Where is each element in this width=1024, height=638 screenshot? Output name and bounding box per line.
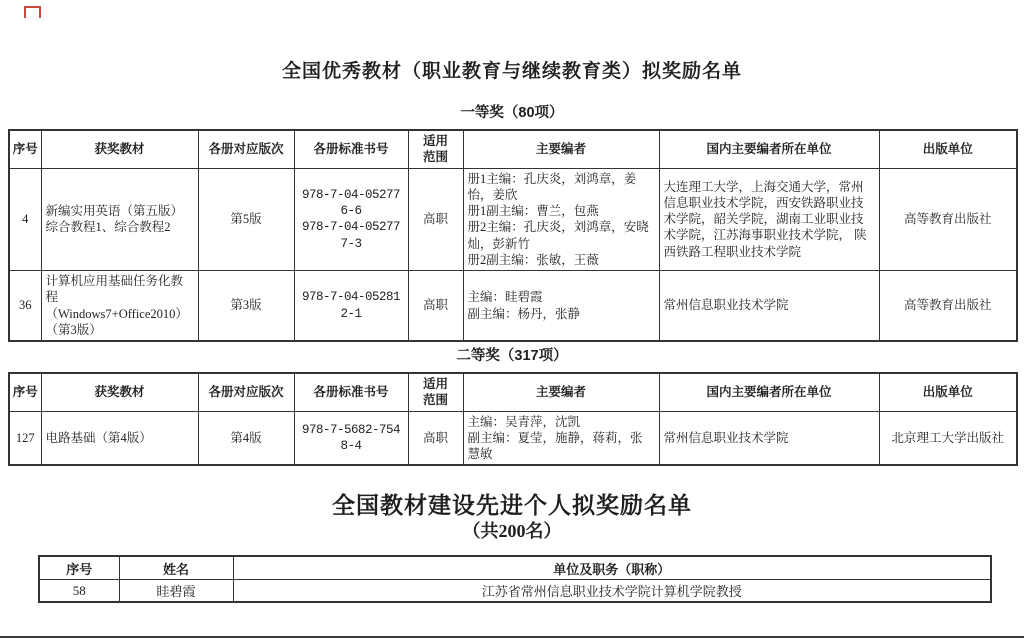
cell-publisher: 高等教育出版社 — [879, 271, 1017, 342]
cell-scope: 高职 — [408, 411, 463, 465]
document-page: 全国优秀教材（职业教育与继续教育类）拟奖励名单 一等奖（80项） 序号 获奖教材… — [0, 0, 1024, 638]
cell-org: 大连理工大学，上海交通大学，常州信息职业技术学院，西安铁路职业技术学院，韶关学院… — [659, 168, 879, 271]
col-header-scope: 适用 范围 — [408, 373, 463, 411]
col-header-textbook: 获奖教材 — [41, 130, 198, 168]
cell-scope: 高职 — [408, 168, 463, 271]
cell-org: 常州信息职业技术学院 — [659, 271, 879, 342]
table-row: 58 眭碧霞 江苏省常州信息职业技术学院计算机学院教授 — [39, 579, 991, 602]
cell-textbook: 电路基础（第4版） — [41, 411, 198, 465]
col-header-org: 国内主要编者所在单位 — [659, 373, 879, 411]
col-header-position: 单位及职务（职称） — [233, 556, 991, 579]
cell-edition: 第5版 — [198, 168, 294, 271]
col-header-isbn: 各册标准书号 — [294, 373, 408, 411]
cell-editors: 主编：眭碧霞 副主编：杨丹，张静 — [463, 271, 659, 342]
first-prize-table: 序号 获奖教材 各册对应版次 各册标准书号 适用 范围 主要编者 国内主要编者所… — [8, 129, 1018, 342]
second-prize-table: 序号 获奖教材 各册对应版次 各册标准书号 适用 范围 主要编者 国内主要编者所… — [8, 372, 1018, 466]
cell-seq: 58 — [39, 579, 119, 602]
cell-seq: 127 — [9, 411, 41, 465]
col-header-seq: 序号 — [9, 373, 41, 411]
individuals-title: 全国教材建设先进个人拟奖励名单 — [0, 492, 1024, 520]
col-header-editors: 主要编者 — [463, 130, 659, 168]
col-header-edition: 各册对应版次 — [198, 373, 294, 411]
cell-org: 常州信息职业技术学院 — [659, 411, 879, 465]
second-prize-label: 二等奖（317项） — [0, 347, 1024, 365]
table-header-row: 序号 获奖教材 各册对应版次 各册标准书号 适用 范围 主要编者 国内主要编者所… — [9, 373, 1017, 411]
cell-publisher: 高等教育出版社 — [879, 168, 1017, 271]
cell-isbn: 978-7-04-052776-6 978-7-04-052777-3 — [294, 168, 408, 271]
cell-editors: 主编：吴青萍，沈凯 副主编：夏莹，施静，蒋莉，张慧敏 — [463, 411, 659, 465]
table-row: 127 电路基础（第4版） 第4版 978-7-5682-7548-4 高职 主… — [9, 411, 1017, 465]
main-title: 全国优秀教材（职业教育与继续教育类）拟奖励名单 — [0, 0, 1024, 84]
col-header-seq: 序号 — [9, 130, 41, 168]
first-prize-label: 一等奖（80项） — [0, 104, 1024, 122]
col-header-publisher: 出版单位 — [879, 130, 1017, 168]
individuals-table: 序号 姓名 单位及职务（职称） 58 眭碧霞 江苏省常州信息职业技术学院计算机学… — [38, 555, 992, 603]
cell-edition: 第4版 — [198, 411, 294, 465]
col-header-org: 国内主要编者所在单位 — [659, 130, 879, 168]
col-header-editors: 主要编者 — [463, 373, 659, 411]
cell-seq: 36 — [9, 271, 41, 342]
cell-isbn: 978-7-5682-7548-4 — [294, 411, 408, 465]
cell-publisher: 北京理工大学出版社 — [879, 411, 1017, 465]
cell-seq: 4 — [9, 168, 41, 271]
cell-name: 眭碧霞 — [119, 579, 233, 602]
col-header-textbook: 获奖教材 — [41, 373, 198, 411]
table-header-row: 序号 姓名 单位及职务（职称） — [39, 556, 991, 579]
table-row: 4 新编实用英语（第五版） 综合教程1、综合教程2 第5版 978-7-04-0… — [9, 168, 1017, 271]
red-corner-mark-icon — [24, 6, 41, 18]
individuals-subtitle: （共200名） — [0, 520, 1024, 542]
cell-textbook: 新编实用英语（第五版） 综合教程1、综合教程2 — [41, 168, 198, 271]
table-header-row: 序号 获奖教材 各册对应版次 各册标准书号 适用 范围 主要编者 国内主要编者所… — [9, 130, 1017, 168]
cell-isbn: 978-7-04-052812-1 — [294, 271, 408, 342]
cell-editors: 册1主编：孔庆炎，刘鸿章，姜怡，姜欣 册1副主编：曹兰，包燕 册2主编：孔庆炎，… — [463, 168, 659, 271]
table-row: 36 计算机应用基础任务化教程 （Windows7+Office2010） （第… — [9, 271, 1017, 342]
col-header-edition: 各册对应版次 — [198, 130, 294, 168]
cell-edition: 第3版 — [198, 271, 294, 342]
col-header-isbn: 各册标准书号 — [294, 130, 408, 168]
col-header-publisher: 出版单位 — [879, 373, 1017, 411]
cell-textbook: 计算机应用基础任务化教程 （Windows7+Office2010） （第3版） — [41, 271, 198, 342]
col-header-seq: 序号 — [39, 556, 119, 579]
col-header-name: 姓名 — [119, 556, 233, 579]
cell-scope: 高职 — [408, 271, 463, 342]
cell-position: 江苏省常州信息职业技术学院计算机学院教授 — [233, 579, 991, 602]
col-header-scope: 适用 范围 — [408, 130, 463, 168]
